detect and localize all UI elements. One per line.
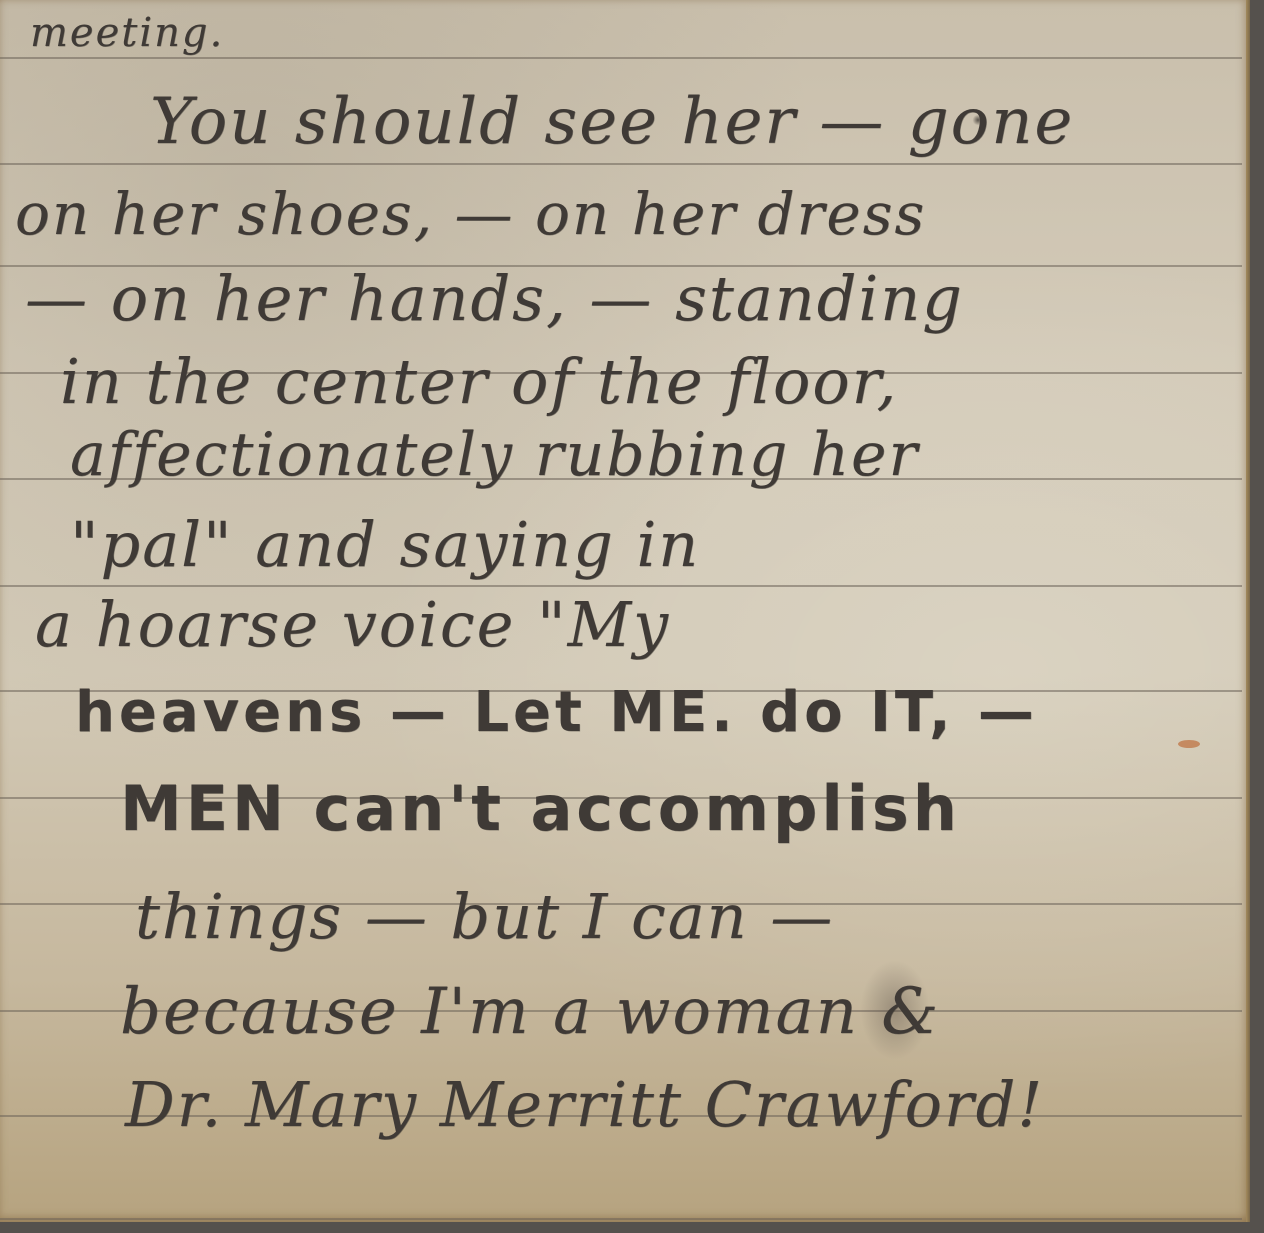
notebook-page: meeting. You should see her — gone on he… xyxy=(0,0,1250,1222)
handwritten-line-7: "pal" and saying in xyxy=(70,508,700,581)
handwritten-line-8: a hoarse voice "My xyxy=(35,588,670,661)
handwritten-line-2: You should see her — gone xyxy=(150,85,1074,159)
ruled-line xyxy=(0,57,1242,59)
handwritten-line-3: on her shoes, — on her dress xyxy=(15,180,926,248)
handwritten-line-6: affectionately rubbing her xyxy=(70,420,919,490)
handwritten-line-11: things — but I can — xyxy=(135,880,834,953)
page-edge xyxy=(1246,0,1250,1222)
rust-stain xyxy=(1178,740,1200,748)
handwritten-line-4: — on her hands, — standing xyxy=(25,262,964,335)
handwritten-line-9: heavens — Let ME. do IT, — xyxy=(75,680,1038,745)
handwritten-line-10: MEN can't accomplish xyxy=(120,772,961,845)
handwritten-line-1: meeting. xyxy=(30,10,224,56)
signature-line: Dr. Mary Merritt Crawford! xyxy=(125,1068,1044,1141)
handwritten-line-5: in the center of the floor, xyxy=(60,345,898,418)
ruled-line xyxy=(0,585,1242,587)
ruled-line xyxy=(0,1218,1242,1220)
ruled-line xyxy=(0,163,1242,165)
handwritten-line-12: because I'm a woman & xyxy=(120,975,940,1049)
